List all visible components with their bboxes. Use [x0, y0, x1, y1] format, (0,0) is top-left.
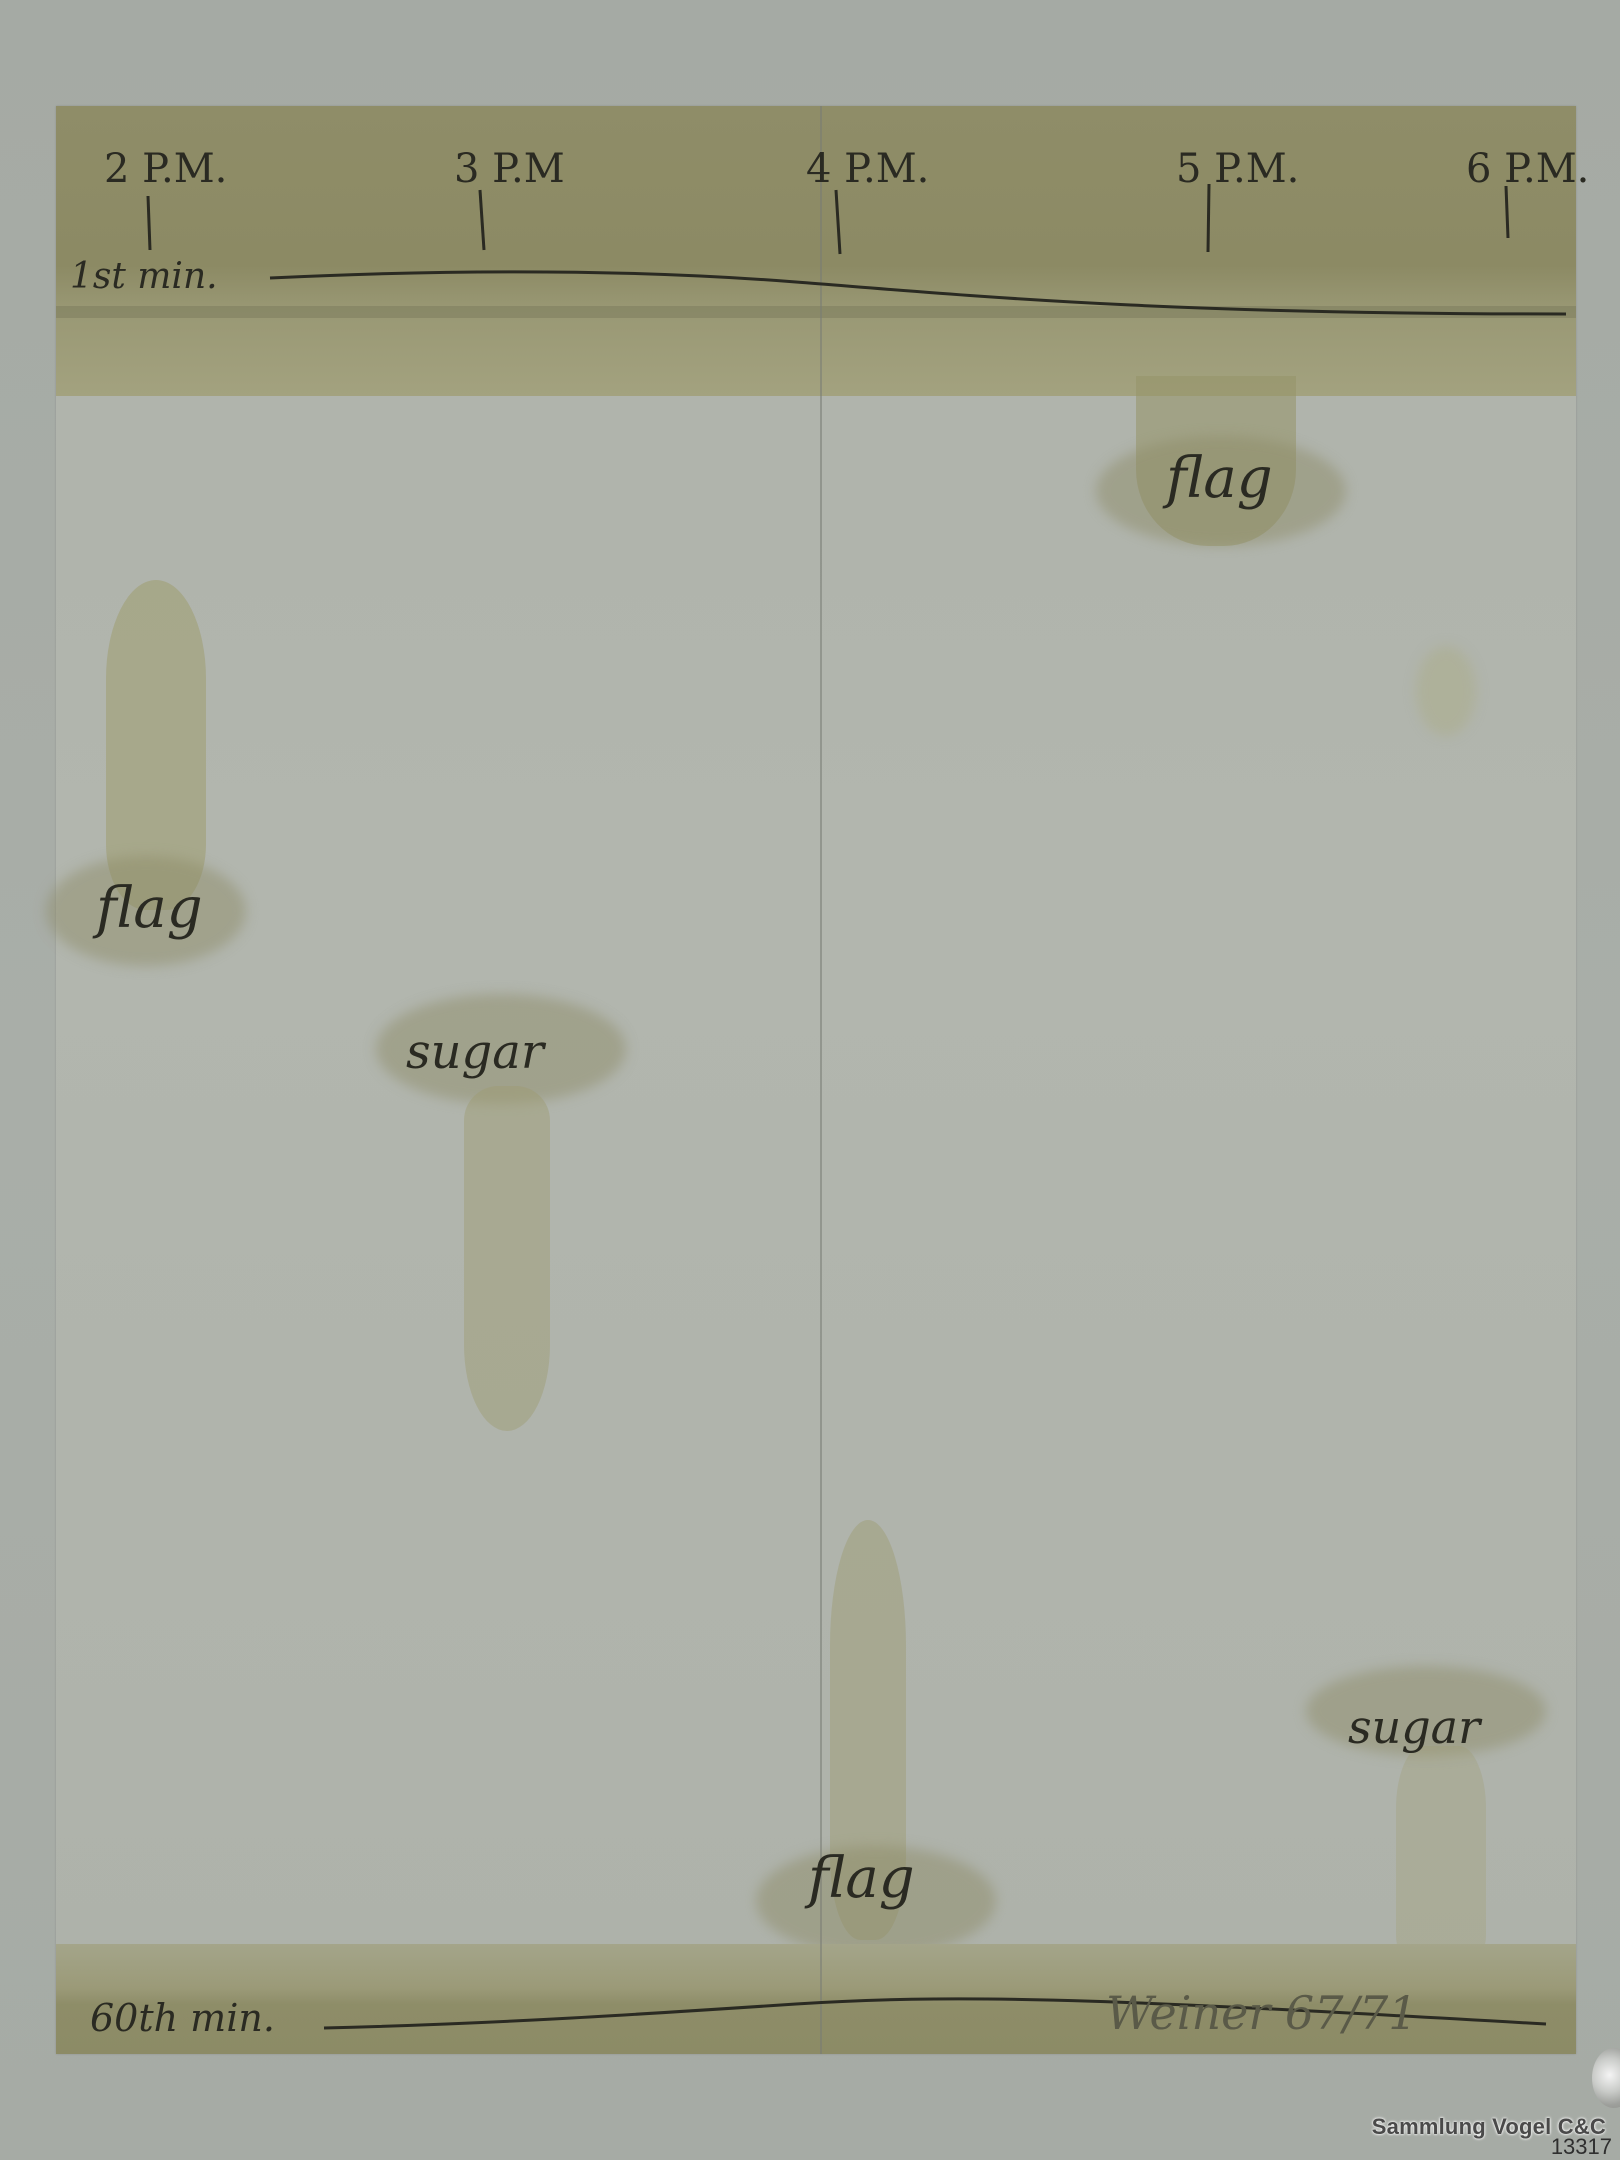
label-sixtieth-minute: 60th min.: [90, 1996, 275, 2040]
label-flag-left: flag: [96, 876, 203, 941]
inventory-number: 13317: [1551, 2134, 1612, 2160]
tick-5pm: [1208, 184, 1209, 252]
label-flag-upper-right: flag: [1166, 446, 1273, 511]
label-5pm: 5 P.M.: [1176, 146, 1299, 192]
label-6pm: 6 P.M.: [1466, 146, 1589, 192]
artwork-paper: 2 P.M. 3 P.M 4 P.M. 5 P.M. 6 P.M. 1st mi…: [56, 106, 1576, 2054]
ink-lines: [56, 106, 1576, 2054]
tick-3pm: [480, 190, 484, 250]
label-flag-bottom-center: flag: [808, 1846, 915, 1911]
artist-signature: Weiner 67/71: [1106, 1986, 1418, 2040]
tick-6pm: [1506, 186, 1508, 238]
mounting-pin: [1592, 2048, 1620, 2108]
tick-4pm: [836, 190, 840, 254]
tick-2pm: [148, 196, 150, 250]
label-sugar-right: sugar: [1348, 1700, 1480, 1754]
label-4pm: 4 P.M.: [806, 146, 929, 192]
label-2pm: 2 P.M.: [104, 146, 227, 192]
first-minute-line: [270, 272, 1566, 314]
label-3pm: 3 P.M: [454, 146, 565, 192]
label-sugar-left: sugar: [406, 1024, 544, 1080]
label-first-minute: 1st min.: [70, 256, 218, 297]
